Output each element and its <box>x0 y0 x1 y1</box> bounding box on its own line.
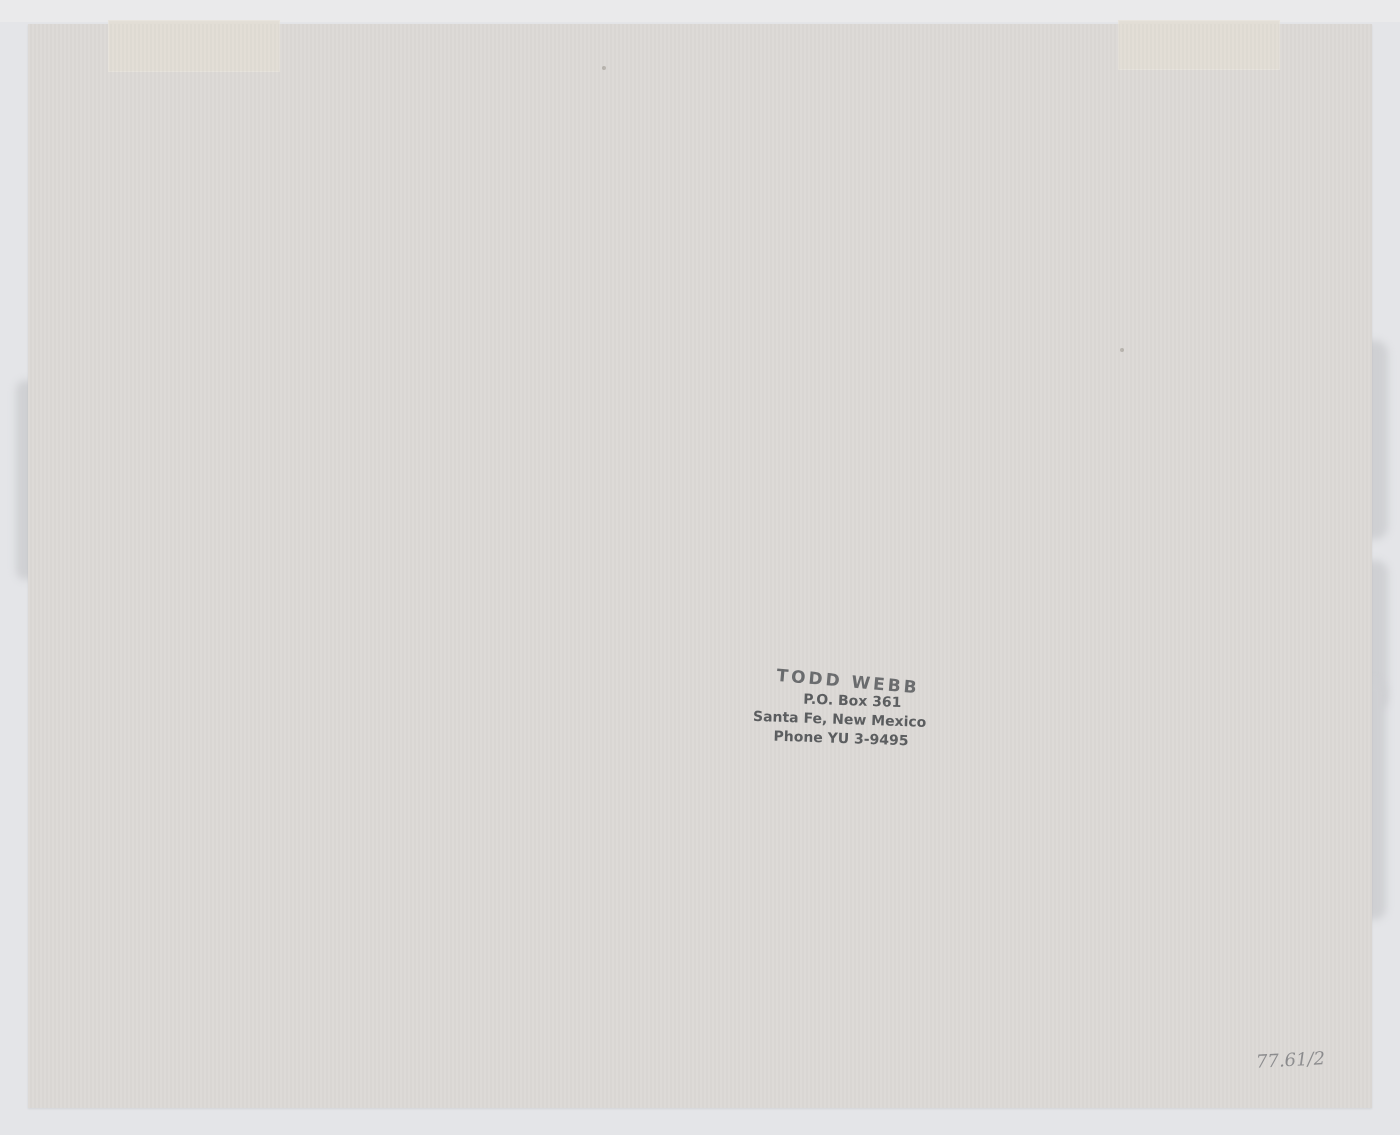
backdrop-top <box>0 0 1400 22</box>
hinge-tape-left <box>108 20 280 72</box>
accession-number: 77.61/2 <box>1255 1048 1325 1073</box>
stamp-phone: Phone YU 3-9495 <box>745 727 938 753</box>
stamp-name: TODD WEBB <box>756 664 939 700</box>
speck <box>1120 348 1124 352</box>
hinge-tape-right <box>1118 20 1280 70</box>
stamp-city: Santa Fe, New Mexico <box>741 707 938 733</box>
stamp-address: P.O. Box 361 <box>766 689 939 714</box>
photographer-stamp: TODD WEBB P.O. Box 361 Santa Fe, New Mex… <box>747 669 940 753</box>
speck <box>602 66 606 70</box>
print-verso: TODD WEBB P.O. Box 361 Santa Fe, New Mex… <box>28 24 1372 1108</box>
